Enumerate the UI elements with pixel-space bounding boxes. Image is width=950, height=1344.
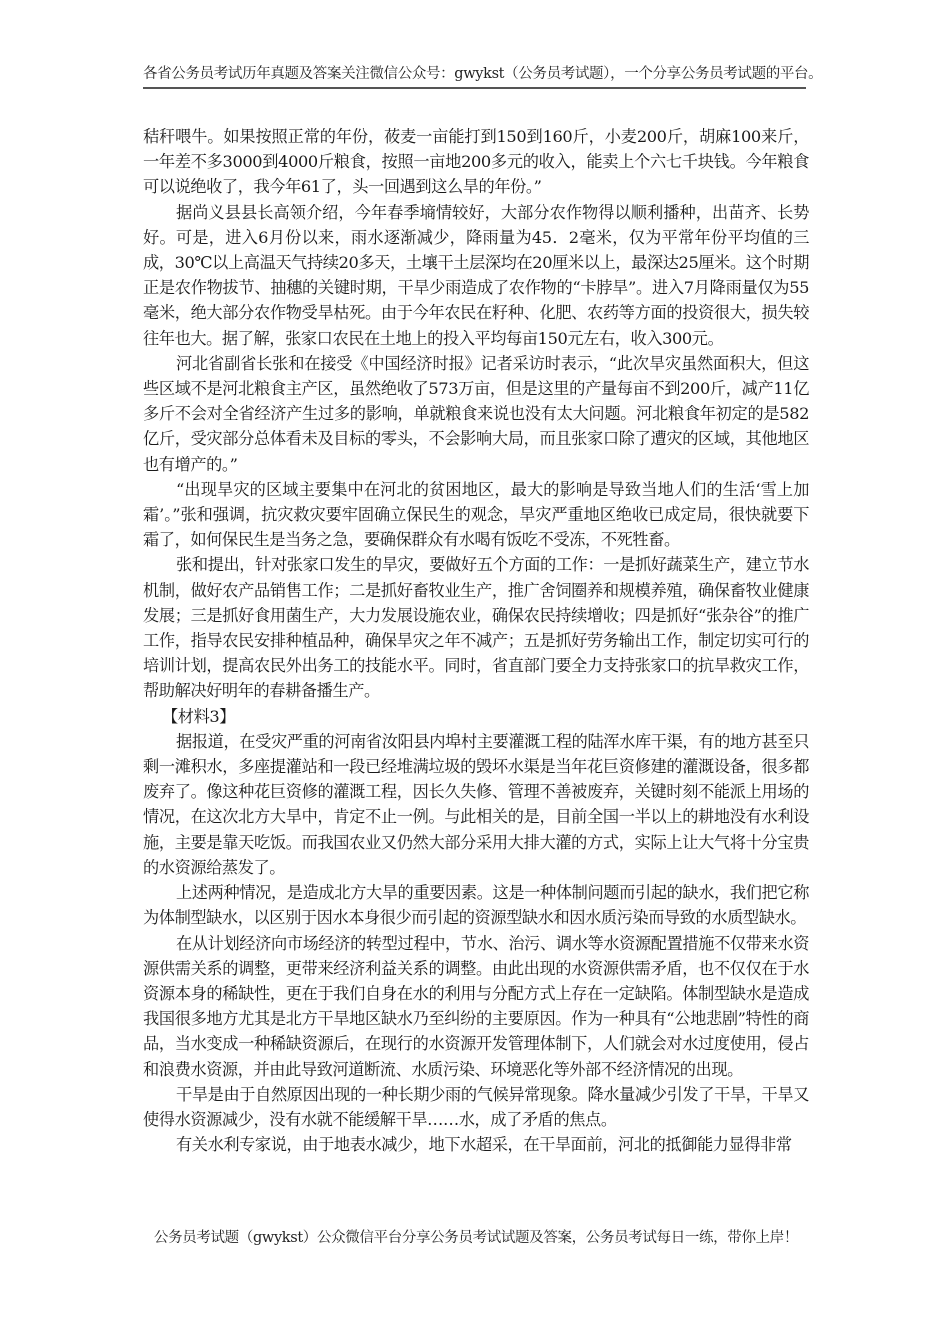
paragraph: 张和提出，针对张家口发生的旱灾，要做好五个方面的工作：一是抓好蔬菜生产，建立节水… [143, 552, 809, 703]
section-heading-material-3: 【材料3】 [143, 704, 809, 729]
paragraph: 河北省副省长张和在接受《中国经济时报》记者采访时表示，“此次旱灾虽然面积大，但这… [143, 351, 809, 477]
page-header: 各省公务员考试历年真题及答案关注微信公众号：gwykst（公务员考试题），一个分… [143, 64, 806, 84]
paragraph: 据尚义县县长高领介绍，今年春季墒情较好，大部分农作物得以顺利播种，出苗齐、长势好… [143, 200, 809, 351]
page-footer: 公务员考试题（gwykst）公众微信平台分享公务员考试试题及答案，公务员考试每日… [143, 1228, 809, 1248]
paragraph-quote: “出现旱灾的区域主要集中在河北的贫困地区，最大的影响是导致当地人们的生活‘雪上加… [143, 477, 809, 553]
paragraph-continuation: 秸秆喂牛。如果按照正常的年份，莜麦一亩能打到150到160斤，小麦200斤，胡麻… [143, 124, 809, 200]
paragraph: 据报道，在受灾严重的河南省汝阳县内埠村主要灌溉工程的陆浑水库干渠，有的地方甚至只… [143, 729, 809, 880]
paragraph: 在从计划经济向市场经济的转型过程中，节水、治污、调水等水资源配置措施不仅带来水资… [143, 931, 809, 1082]
paragraph: 有关水利专家说，由于地表水减少，地下水超采，在干旱面前，河北的抵御能力显得非常 [143, 1132, 809, 1157]
paragraph: 上述两种情况，是造成北方大旱的重要因素。这是一种体制问题而引起的缺水，我们把它称… [143, 880, 809, 930]
paragraph: 干旱是由于自然原因出现的一种长期少雨的气候异常现象。降水量减少引发了干旱，干旱又… [143, 1082, 809, 1132]
document-body: 秸秆喂牛。如果按照正常的年份，莜麦一亩能打到150到160斤，小麦200斤，胡麻… [143, 124, 809, 1157]
header-divider [143, 87, 806, 89]
